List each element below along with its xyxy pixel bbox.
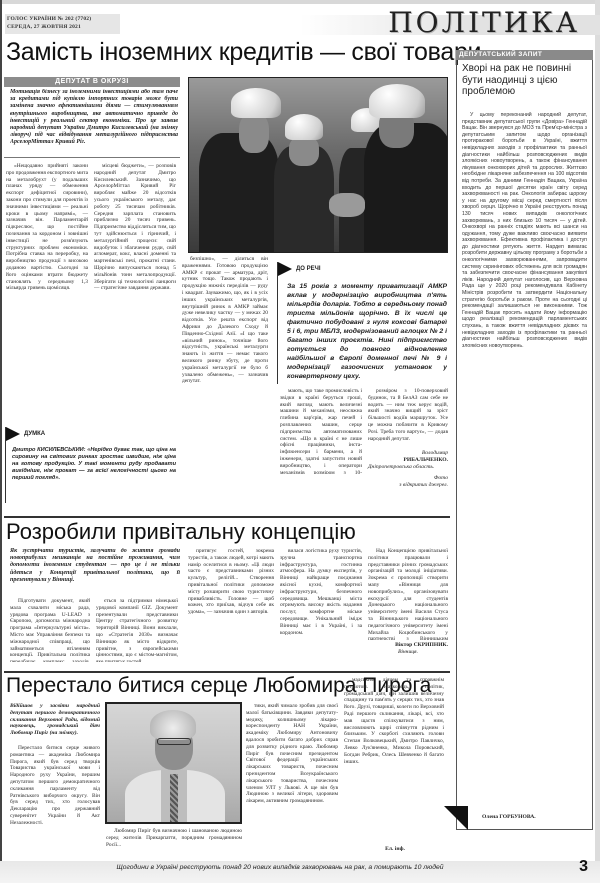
- article1-column-3: безпішно», — ділиться він враженнями. Го…: [182, 256, 268, 438]
- photo-credit: з відкритих джерел.: [399, 482, 448, 488]
- masthead: ГОЛОС УКРАЇНИ № 202 (7702) СЕРЕДА, 27 ЖО…: [5, 14, 120, 34]
- article1-column-5: розміром з 10-поверховий будинок, та й Б…: [368, 388, 448, 444]
- article2-column-3: притягує гостей, зокрема туристів, а так…: [188, 548, 274, 662]
- figure-face: [239, 113, 269, 153]
- helmet-icon: [369, 84, 425, 118]
- page-left-edge: [0, 0, 2, 883]
- top-rule: [0, 0, 600, 4]
- article1-photo-steelworkers[interactable]: [188, 77, 448, 253]
- section-divider: [4, 671, 450, 673]
- aside-facts-label: ДО РЕЧІ: [296, 266, 321, 272]
- byline-place: Дніпропетровська область.: [368, 464, 434, 470]
- article3-caption-column: Любомир Пиріг був визначною і шанованою …: [106, 828, 242, 856]
- article2-byline: Віктор СКРИПНИК. Вінниця.: [368, 642, 448, 656]
- masthead-date: СЕРЕДА, 27 ЖОВТНЯ 2021: [7, 23, 118, 31]
- article1-column-4: мають, що таке промисловість і звідки в …: [280, 388, 362, 474]
- aside-opinion-label: ДУМКА: [24, 431, 45, 437]
- figure-face: [289, 136, 319, 166]
- portrait-tie: [170, 774, 178, 824]
- article3-portrait-photo[interactable]: [105, 702, 242, 824]
- page-right-edge: [595, 0, 600, 883]
- aside-facts-text: За 15 років з моменту приватизації АМКР …: [287, 282, 447, 382]
- portrait-hair: [150, 710, 196, 740]
- sidebar-kicker: ДЕПУТАТСЬКИЙ ЗАПИТ: [456, 50, 593, 60]
- byline-role: Володимир: [422, 450, 448, 456]
- article2-column-1: Підготувати документ, який мала схвалити…: [10, 598, 90, 662]
- footer-tagline: Щогодини в Україні реєструють понад 20 н…: [60, 864, 500, 871]
- sidebar-signature: Олена ГОРБУНОВА.: [482, 814, 536, 820]
- helmet-icon: [285, 114, 323, 140]
- article1-kicker: ДЕПУТАТ В ОКРУЗІ: [4, 77, 180, 87]
- aside-opinion-text: Дмитро КИСИЛЕВСЬКИЙ: «Нерідко буває так,…: [12, 447, 176, 503]
- article2-column-5: Над Концепцією привітальної політики пра…: [368, 548, 448, 640]
- article3-byline: Ел. інф.: [370, 846, 420, 853]
- byline-name: Віктор СКРИПНИК.: [395, 642, 448, 648]
- article2-column-4: вилася логістика руху туристів, зручна т…: [280, 548, 362, 662]
- figure-body: [199, 133, 279, 253]
- article1-lead-divider: [4, 157, 180, 158]
- article1-headline[interactable]: Замість іноземних кредитів — свої товари: [6, 38, 481, 67]
- article3-lead: Відійшов у засвіти народний депутат перш…: [10, 703, 100, 743]
- section-title: ПОЛІТИКА: [388, 6, 580, 39]
- article1-column-1: «Нещодавно прийняті закони про продовжен…: [6, 163, 88, 421]
- arrow-marker-icon: [6, 427, 20, 441]
- aside-facts-left-rule: [277, 262, 278, 384]
- article3-column-3: тики, який чимало зробив для своєї малої…: [246, 703, 338, 855]
- sidebar-body: У цьому переконаний народний депутат, пр…: [462, 112, 587, 812]
- arrow-marker-icon: [278, 262, 292, 276]
- masthead-issue: ГОЛОС УКРАЇНИ № 202 (7702): [7, 15, 118, 23]
- byline-place: Вінниця.: [398, 649, 418, 655]
- byline-name: РИБАЛЬЧЕНКО.: [403, 457, 448, 463]
- article1-lead: Мотивація бізнесу за іноземними інвестиц…: [10, 89, 178, 157]
- article1-column-2: місцеві бюджети», — розповів народний де…: [94, 163, 176, 421]
- corner-fold-icon: [444, 806, 468, 830]
- article3-column-1: Перестало битися серце живого романтика …: [10, 745, 100, 853]
- sidebar-headline[interactable]: Хворі на рак не повинні бути наодинці з …: [462, 63, 587, 98]
- photo-credit-label: Фото: [434, 475, 448, 481]
- page-number: 3: [579, 858, 588, 876]
- article1-byline: Володимир РИБАЛЬЧЕНКО. Дніпропетровська …: [368, 450, 448, 489]
- article3-column-4: мадським діячем та справжнім патріотом. …: [344, 677, 444, 843]
- glasses-icon: [157, 738, 191, 745]
- helmet-icon: [231, 88, 281, 118]
- aside-opinion-left-rule: [5, 427, 6, 503]
- section-divider: [4, 516, 450, 518]
- article2-headline[interactable]: Розробили привітальну концепцію: [6, 519, 356, 545]
- article2-lead: Як зустрічати туристів, залучати до житт…: [10, 548, 180, 594]
- article2-column-2: ється за підтримки німецької урядової ко…: [96, 598, 178, 662]
- gesturing-hand: [329, 193, 365, 217]
